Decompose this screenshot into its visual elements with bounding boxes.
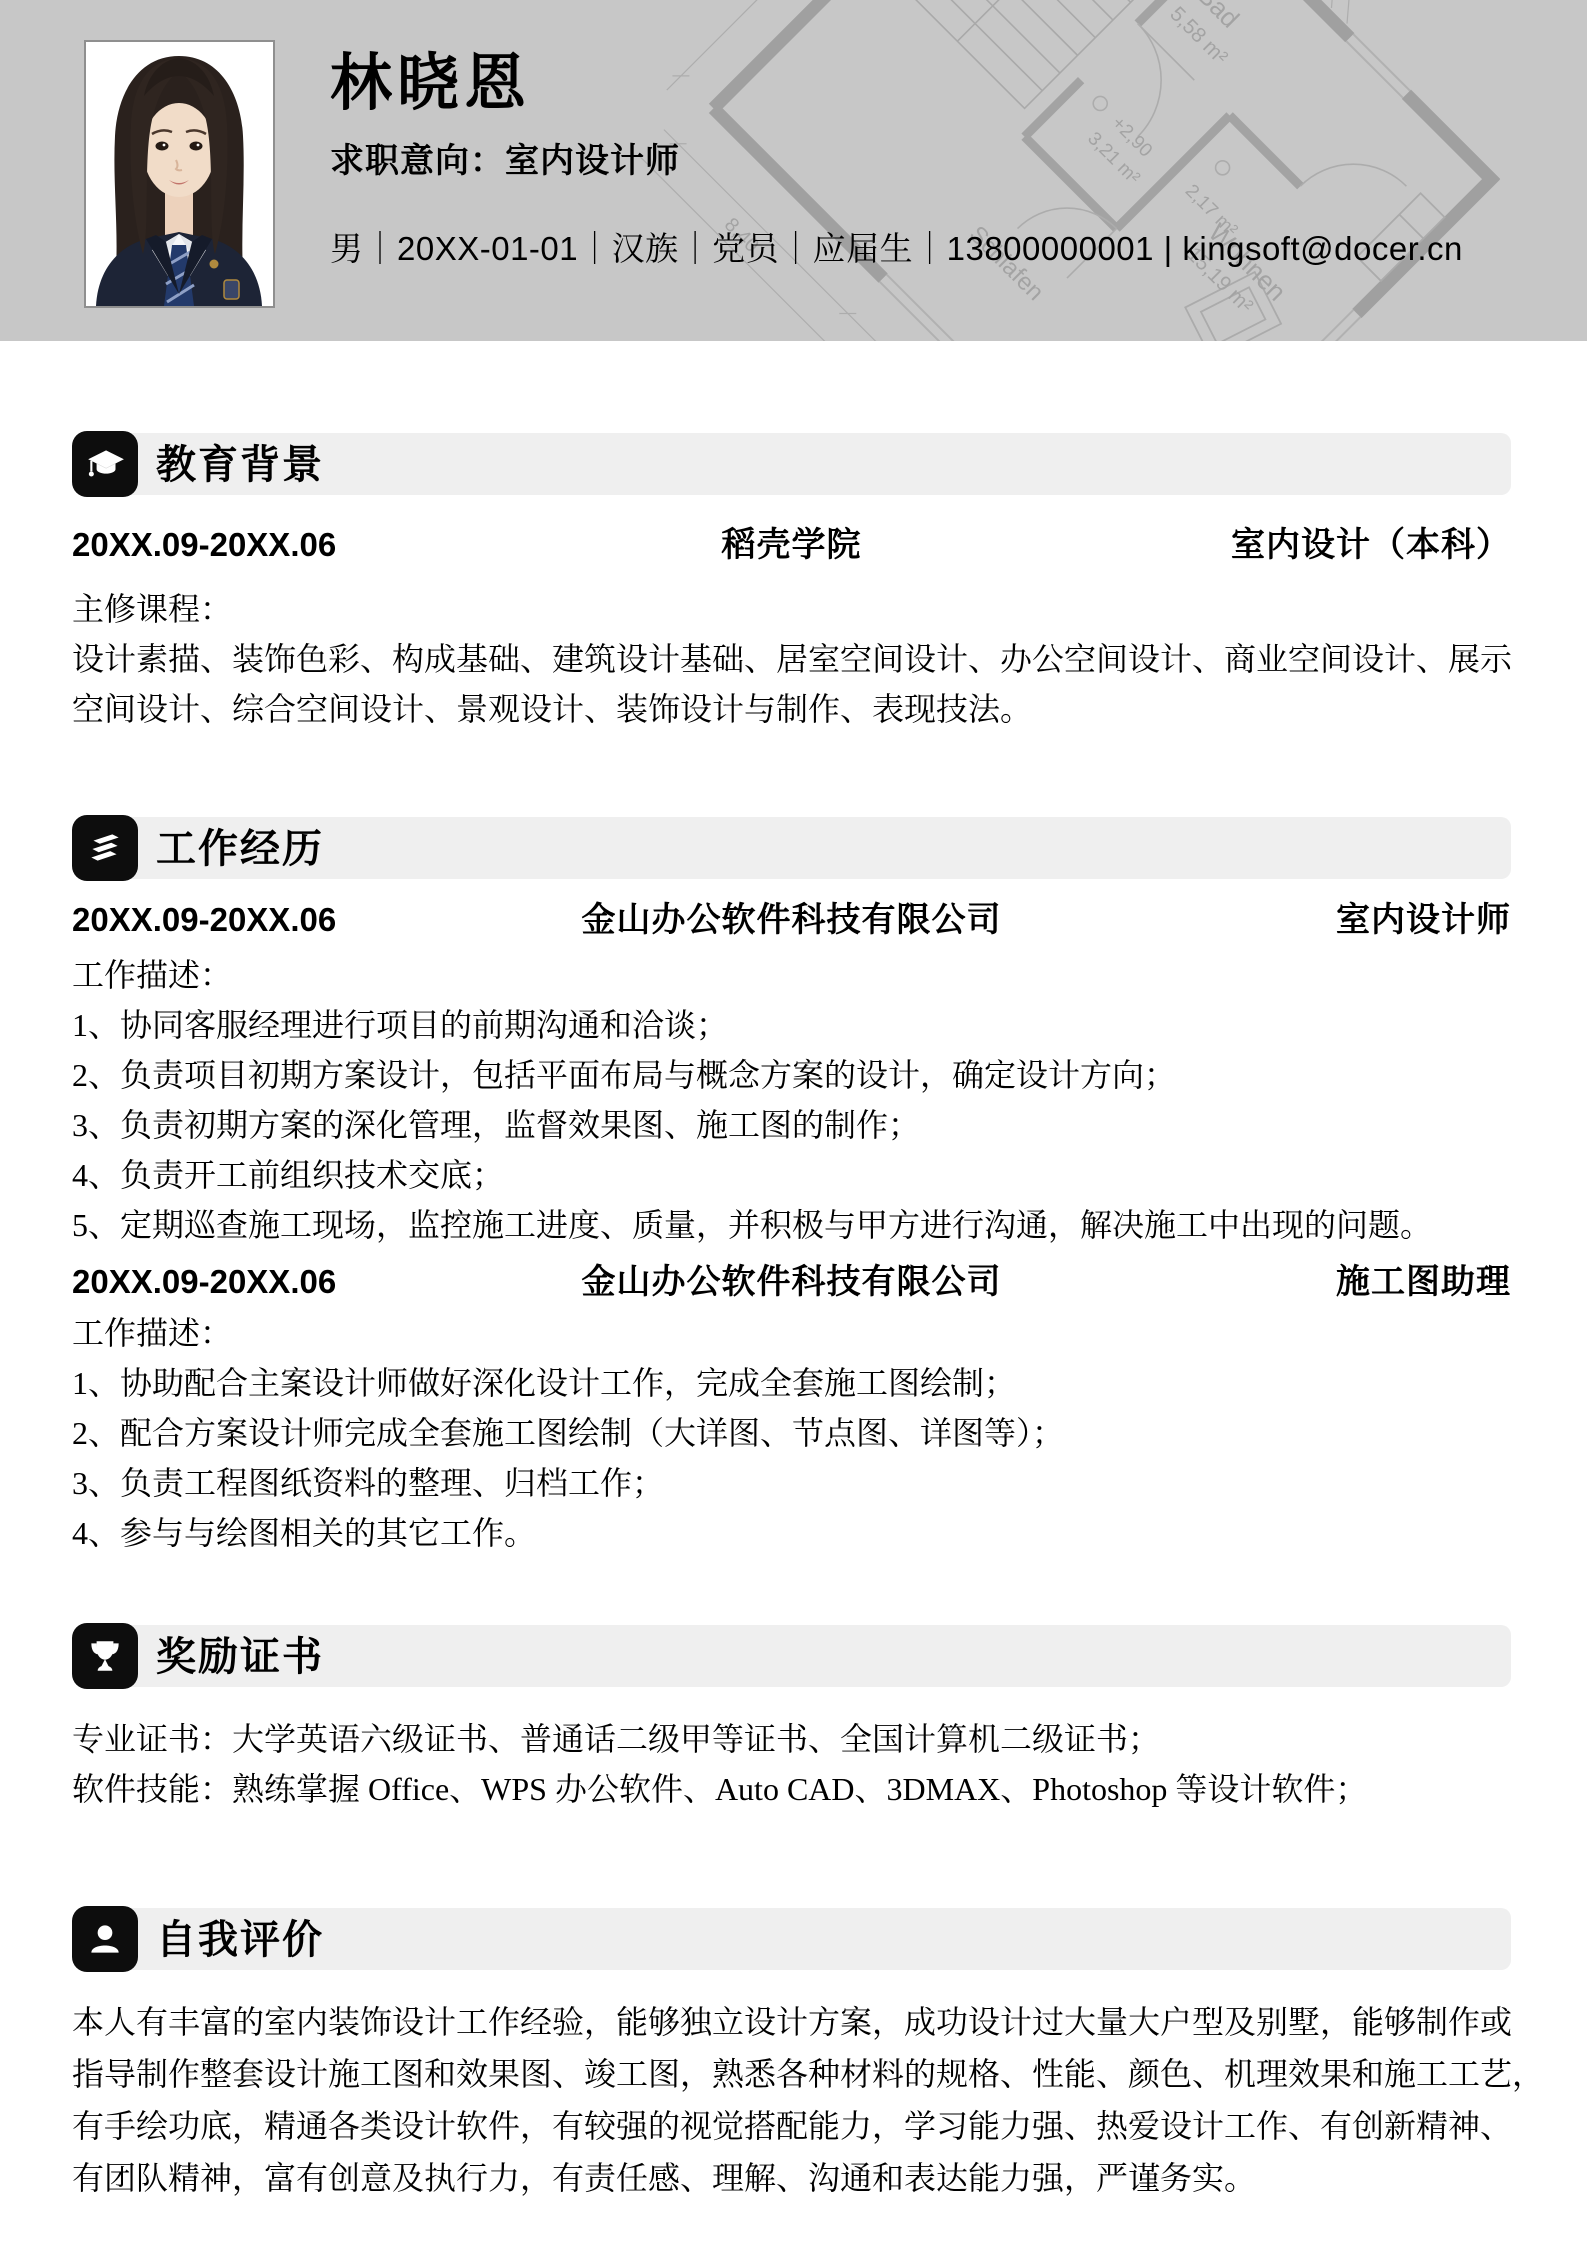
section-title: 自我评价 [156,1906,324,1972]
section-title: 教育背景 [156,431,324,497]
layers-icon [72,815,138,881]
header: Bad 5,58 m² +2,90 3,21 m² 2,17 m² Wohnen… [0,0,1587,341]
job-item: 5、定期巡查施工现场，监控施工进度、质量，并积极与甲方进行沟通，解决施工中出现的… [72,1200,1538,1250]
job-position: 室内设计师 [1091,892,1511,941]
section-title: 奖励证书 [156,1623,324,1689]
job-desc-label: 工作描述： [72,950,1538,1000]
course-line: 空间设计、综合空间设计、景观设计、装饰设计与制作、表现技法。 [72,684,1538,734]
education-row: 20XX.09-20XX.06 稻壳学院 室内设计（本科） [72,517,1511,566]
personal-info-line: 男｜20XX-01-01｜汉族｜党员｜应届生｜13800000001 | kin… [330,228,1463,270]
self-eval-line: 有手绘功底，精通各类设计软件，有较强的视觉搭配能力，学习能力强、热爱设计工作、有… [72,2100,1538,2152]
self-eval-line: 指导制作整套设计施工图和效果图、竣工图，熟悉各种材料的规格、性能、颜色、机理效果… [72,2048,1538,2100]
resume-page: Bad 5,58 m² +2,90 3,21 m² 2,17 m² Wohnen… [0,0,1587,2245]
graduation-cap-icon [72,431,138,497]
job-item: 2、负责项目初期方案设计，包括平面布局与概念方案的设计，确定设计方向； [72,1050,1538,1100]
trophy-icon [72,1623,138,1689]
section-header-self-evaluation: 自我评价 [72,1906,1511,1972]
job-position: 施工图助理 [1091,1254,1511,1303]
profile-photo [84,40,275,308]
education-school: 稻壳学院 [492,517,1091,566]
job-item: 1、协同客服经理进行项目的前期沟通和洽谈； [72,1000,1538,1050]
job-company: 金山办公软件科技有限公司 [492,892,1091,941]
education-period: 20XX.09-20XX.06 [72,526,492,564]
candidate-name: 林晓恩 [330,48,531,120]
job-item: 4、负责开工前组织技术交底； [72,1150,1538,1200]
job-item: 2、配合方案设计师完成全套施工图绘制（大详图、节点图、详图等）； [72,1408,1538,1458]
job-company: 金山办公软件科技有限公司 [492,1254,1091,1303]
education-degree: 室内设计（本科） [1091,517,1511,566]
portrait-illustration [86,42,273,306]
job-period: 20XX.09-20XX.06 [72,901,492,939]
job-period: 20XX.09-20XX.06 [72,1263,492,1301]
job-description: 工作描述： 1、协同客服经理进行项目的前期沟通和洽谈； 2、负责项目初期方案设计… [72,950,1538,1250]
education-courses: 主修课程： 设计素描、装饰色彩、构成基础、建筑设计基础、居室空间设计、办公空间设… [72,584,1538,734]
job-item: 3、负责工程图纸资料的整理、归档工作； [72,1458,1538,1508]
course-label: 主修课程： [72,584,1538,634]
job-item: 4、参与与绘图相关的其它工作。 [72,1508,1538,1558]
job-description: 工作描述： 1、协助配合主案设计师做好深化设计工作，完成全套施工图绘制； 2、配… [72,1308,1538,1558]
job-item: 1、协助配合主案设计师做好深化设计工作，完成全套施工图绘制； [72,1358,1538,1408]
awards-line: 专业证书：大学英语六级证书、普通话二级甲等证书、全国计算机二级证书； [72,1714,1538,1764]
person-icon [72,1906,138,1972]
job-row: 20XX.09-20XX.06 金山办公软件科技有限公司 施工图助理 [72,1254,1511,1303]
job-objective: 求职意向：室内设计师 [330,140,680,184]
section-header-work: 工作经历 [72,815,1511,881]
section-title: 工作经历 [156,815,324,881]
section-header-education: 教育背景 [72,431,1511,497]
self-evaluation-body: 本人有丰富的室内装饰设计工作经验，能够独立设计方案，成功设计过大量大户型及别墅，… [72,1996,1538,2204]
floorplan-background: Bad 5,58 m² +2,90 3,21 m² 2,17 m² Wohnen… [587,0,1587,341]
course-line: 设计素描、装饰色彩、构成基础、建筑设计基础、居室空间设计、办公空间设计、商业空间… [72,634,1538,684]
section-header-awards: 奖励证书 [72,1623,1511,1689]
job-desc-label: 工作描述： [72,1308,1538,1358]
self-eval-line: 本人有丰富的室内装饰设计工作经验，能够独立设计方案，成功设计过大量大户型及别墅，… [72,1996,1538,2048]
self-eval-line: 有团队精神，富有创意及执行力，有责任感、理解、沟通和表达能力强，严谨务实。 [72,2152,1538,2204]
awards-body: 专业证书：大学英语六级证书、普通话二级甲等证书、全国计算机二级证书； 软件技能：… [72,1714,1538,1814]
job-item: 3、负责初期方案的深化管理，监督效果图、施工图的制作； [72,1100,1538,1150]
job-row: 20XX.09-20XX.06 金山办公软件科技有限公司 室内设计师 [72,892,1511,941]
awards-line: 软件技能：熟练掌握 Office、WPS 办公软件、Auto CAD、3DMAX… [72,1764,1538,1814]
